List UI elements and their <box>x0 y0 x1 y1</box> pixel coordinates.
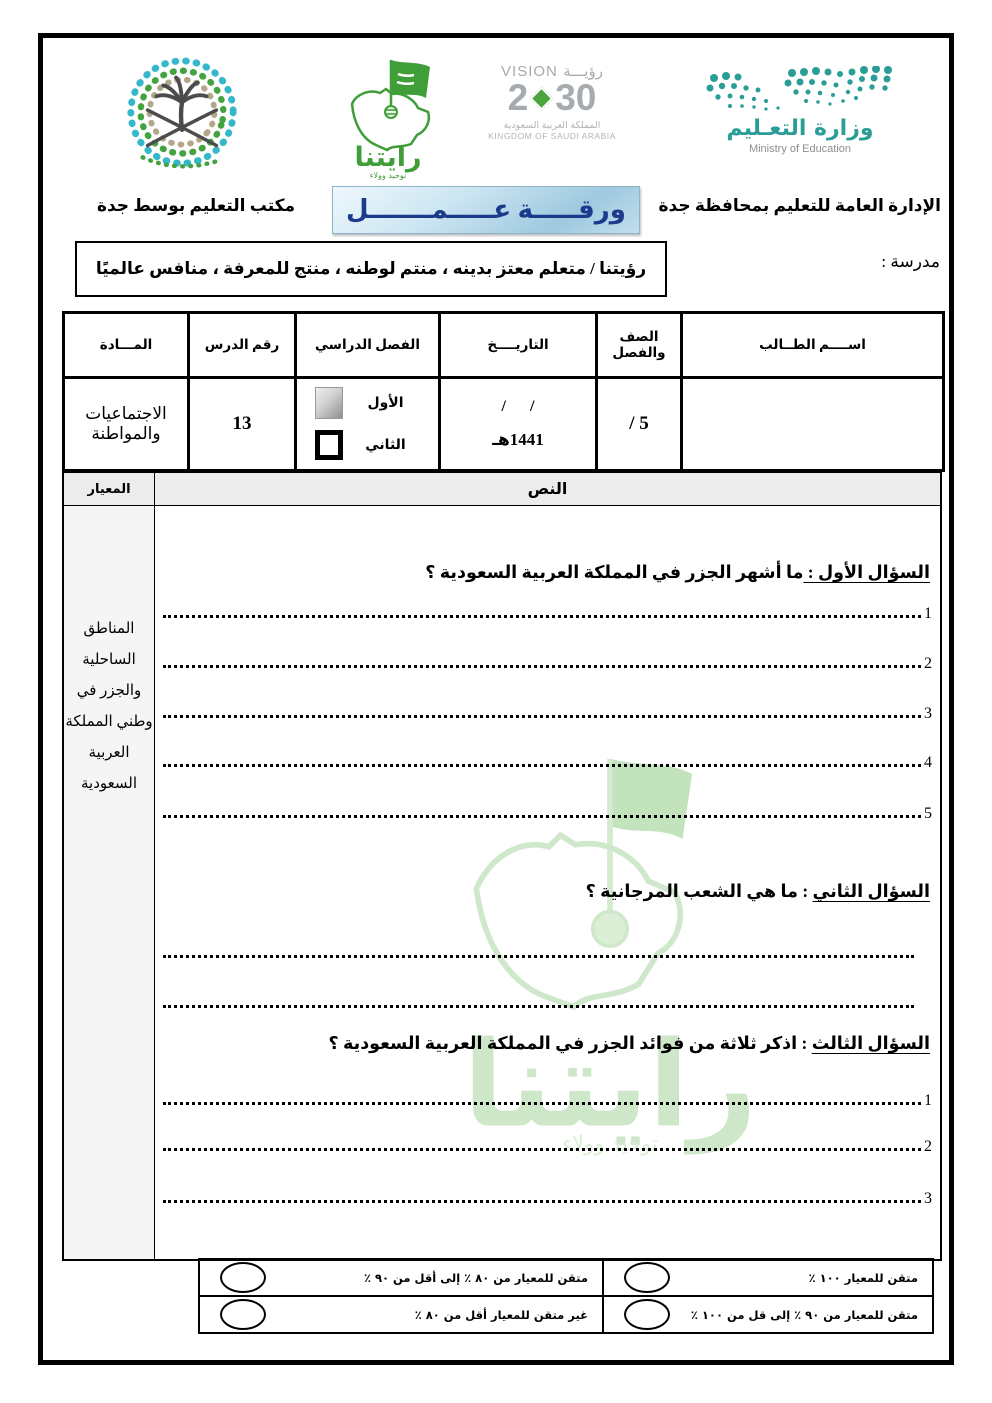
answer-line[interactable]: 1 <box>163 1088 932 1108</box>
question-3-text: : اذكر ثلاثة من فوائد الجزر في المملكة ا… <box>328 1033 811 1053</box>
vision-year-2: 2 <box>508 80 529 116</box>
vision-statement-box: رؤيتنا / متعلم معتز بدينه ، منتم لوطنه ،… <box>75 241 667 297</box>
dotted-rule <box>163 1148 921 1151</box>
student-info-table: اســــم الطــالب الصف والفصل التاريــــخ… <box>62 311 945 472</box>
answer-line[interactable] <box>163 941 914 961</box>
education-office-title: مكتب التعليم بوسط جدة <box>80 196 312 216</box>
line-number: 1 <box>921 606 932 621</box>
dotted-rule <box>163 1102 921 1105</box>
header-student-name: اســــم الطــالب <box>682 313 944 378</box>
moe-arabic-wordmark: وزارة التعـليم <box>700 117 900 141</box>
general-administration-title: الإدارة العامة للتعليم بمحافظة جدة <box>645 196 941 216</box>
saudi-national-emblem-icon <box>118 55 246 177</box>
worksheet-page: رايتنا توحيد وولاء VISION رؤيـــة 230 ال… <box>0 0 992 1403</box>
semester-first-label: الأول <box>343 395 428 412</box>
rubric-label: متقن للمعيار من ٨٠ ٪ إلى أقل من ٩٠ ٪ <box>266 1271 588 1285</box>
worksheet-title: ورقـــــة عـــــمـــــــل <box>332 186 640 234</box>
rayatna-wordmark: رايتنا <box>354 142 421 173</box>
header-semester: الفصل الدراسي <box>296 313 440 378</box>
line-number: 3 <box>921 1191 932 1206</box>
hijri-year: 1441هـ <box>443 430 593 450</box>
rayatna-flag-map-icon: رايتنا توحيد وولاء <box>338 50 438 180</box>
rubric-cell-90-100: متقن للمعيار من ٩٠ ٪ إلى قل من ١٠٠ ٪ <box>602 1297 932 1332</box>
vision-2030-logo: VISION رؤيـــة 230 المملكة العربية السعو… <box>476 62 628 141</box>
rubric-cell-100: متقن للمعيار ١٠٠ ٪ <box>602 1260 932 1295</box>
question-1: السؤال الأول : ما أشهر الجزر في المملكة … <box>165 562 930 583</box>
semester-second-label: الثاني <box>343 437 428 454</box>
rubric-cell-80-90: متقن للمعيار من ٨٠ ٪ إلى أقل من ٩٠ ٪ <box>200 1260 602 1295</box>
vision-2030-year: 230 <box>476 80 628 116</box>
semester-first-checkbox[interactable] <box>315 387 343 419</box>
dotted-rule <box>163 1005 914 1008</box>
lesson-number-value: 13 <box>189 378 296 471</box>
rubric-cell-below-80: غير متقن للمعيار أقل من ٨٠ ٪ <box>200 1297 602 1332</box>
question-3: السؤال الثالث : اذكر ثلاثة من فوائد الجز… <box>165 1033 930 1054</box>
vision-2030-top-line: VISION رؤيـــة <box>476 62 628 80</box>
answer-line[interactable]: 3 <box>163 701 932 721</box>
criteria-column: المناطق الساحلية والجزر في وطني المملكة … <box>64 506 155 1259</box>
question-2-text: : ما هي الشعب المرجانية ؟ <box>586 881 813 901</box>
header-lesson-number: رقم الدرس <box>189 313 296 378</box>
rubric-oval-below-80[interactable] <box>220 1299 266 1330</box>
question-1-text: ما أشهر الجزر في المملكة العربية السعودي… <box>425 562 803 582</box>
answer-line[interactable] <box>163 991 914 1011</box>
semester-first-row: الأول <box>297 382 438 424</box>
criteria-header: المعيار <box>64 473 155 505</box>
ministry-of-education-logo: وزارة التعـليم Ministry of Education <box>700 66 900 155</box>
line-number: 4 <box>921 755 932 770</box>
dotted-rule <box>163 764 921 767</box>
rubric-label: غير متقن للمعيار أقل من ٨٠ ٪ <box>266 1308 588 1322</box>
vision-kingdom-ar: المملكة العربية السعودية <box>476 120 628 131</box>
moe-english-wordmark: Ministry of Education <box>700 143 900 155</box>
content-header-row: المعيار النص <box>64 473 940 506</box>
student-name-field[interactable] <box>682 378 944 471</box>
question-2: السؤال الثاني : ما هي الشعب المرجانية ؟ <box>165 881 930 902</box>
vision-kingdom-en: KINGDOM OF SAUDI ARABIA <box>476 131 628 141</box>
rubric-label: متقن للمعيار من ٩٠ ٪ إلى قل من ١٠٠ ٪ <box>670 1308 918 1322</box>
text-header: النص <box>155 473 940 505</box>
subject-value: الاجتماعيات والمواطنة <box>64 378 189 471</box>
answer-line[interactable]: 4 <box>163 750 932 770</box>
mastery-rubric-table: متقن للمعيار من ٨٠ ٪ إلى أقل من ٩٠ ٪ متق… <box>198 1258 934 1334</box>
moe-dots-icon <box>700 66 900 112</box>
answer-line[interactable]: 2 <box>163 1134 932 1154</box>
line-number: 2 <box>921 656 932 671</box>
date-field[interactable]: / / 1441هـ <box>440 378 597 471</box>
question-3-label: السؤال الثالث <box>812 1033 930 1053</box>
answer-line[interactable]: 2 <box>163 651 932 671</box>
content-body: المناطق الساحلية والجزر في وطني المملكة … <box>64 506 940 1259</box>
line-number: 5 <box>921 806 932 821</box>
dotted-rule <box>163 815 921 818</box>
answer-line[interactable]: 1 <box>163 601 932 621</box>
class-section-value: / 5 <box>597 378 682 471</box>
answer-line[interactable]: 5 <box>163 801 932 821</box>
header-date: التاريــــخ <box>440 313 597 378</box>
school-label: مدرسة : <box>840 252 940 272</box>
rubric-oval-80-90[interactable] <box>220 1262 266 1293</box>
date-slashes: / / <box>443 398 593 416</box>
dotted-rule <box>163 1200 921 1203</box>
line-number: 1 <box>921 1093 932 1108</box>
header-class-section: الصف والفصل <box>597 313 682 378</box>
semester-cell: الأول الثاني <box>296 378 440 471</box>
question-1-label: السؤال الأول : <box>803 562 930 582</box>
rubric-oval-90-100[interactable] <box>624 1299 670 1330</box>
rubric-row-2: غير متقن للمعيار أقل من ٨٠ ٪ متقن للمعيا… <box>200 1297 932 1332</box>
dotted-rule <box>163 955 914 958</box>
dotted-rule <box>163 715 921 718</box>
rubric-label: متقن للمعيار ١٠٠ ٪ <box>670 1271 918 1285</box>
vision-year-30: 30 <box>555 80 596 116</box>
dotted-rule <box>163 665 921 668</box>
content-table: المعيار النص المناطق الساحلية والجزر في … <box>62 470 942 1261</box>
questions-area: رايتنا توحيد وولاء السؤال الأول : ما أشه… <box>155 506 940 1259</box>
rayatna-logo: رايتنا توحيد وولاء <box>338 50 438 180</box>
semester-second-checkbox[interactable] <box>315 430 343 460</box>
vision-palm-emblem-icon <box>530 86 554 110</box>
question-2-label: السؤال الثاني <box>813 881 930 901</box>
rayatna-slogan: توحيد وولاء <box>370 171 407 180</box>
semester-second-row: الثاني <box>297 424 438 466</box>
dotted-rule <box>163 615 921 618</box>
line-number: 2 <box>921 1139 932 1154</box>
rubric-oval-100[interactable] <box>624 1262 670 1293</box>
answer-line[interactable]: 3 <box>163 1186 932 1206</box>
criteria-text: المناطق الساحلية والجزر في وطني المملكة … <box>64 614 154 800</box>
header-subject: المـــادة <box>64 313 189 378</box>
rubric-row-1: متقن للمعيار من ٨٠ ٪ إلى أقل من ٩٠ ٪ متق… <box>200 1260 932 1297</box>
line-number: 3 <box>921 706 932 721</box>
